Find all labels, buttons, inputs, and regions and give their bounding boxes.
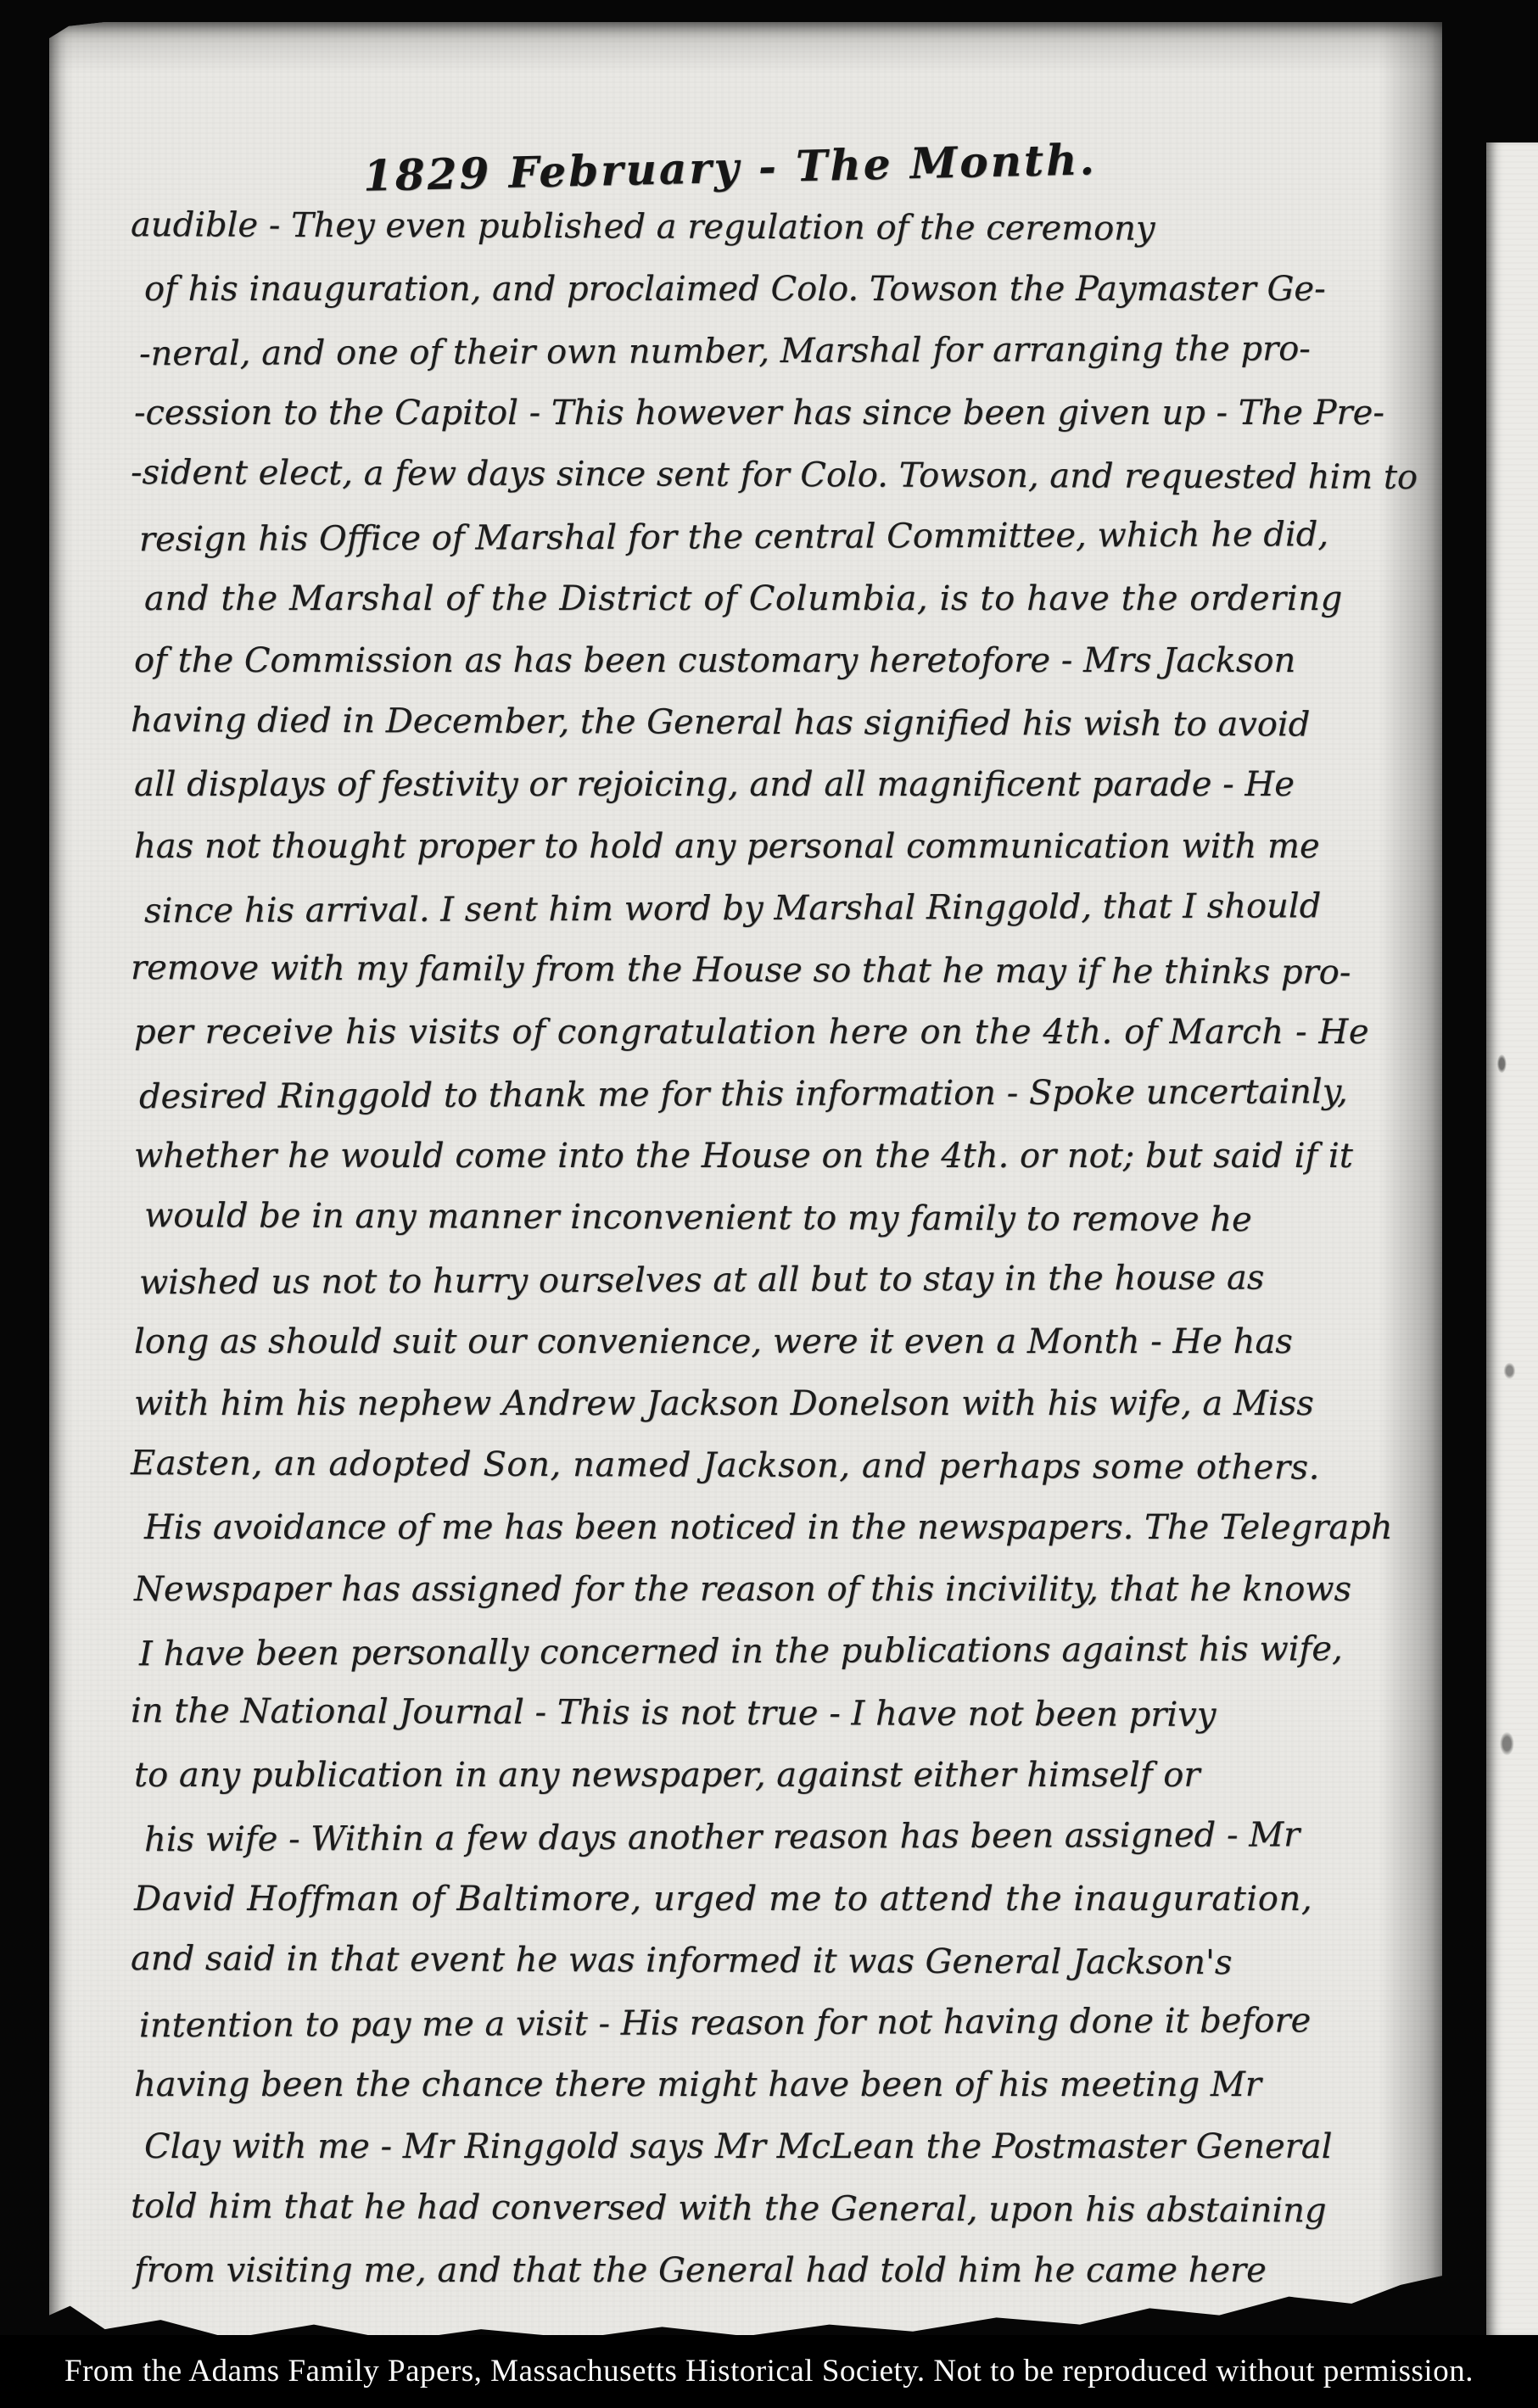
credit-text: From the Adams Family Papers, Massachuse… — [64, 2335, 1474, 2408]
manuscript-line: and said in that event he was informed i… — [131, 1928, 1415, 1995]
manuscript-line: would be in any manner inconvenient to m… — [144, 1185, 1415, 1252]
manuscript-line: of his inauguration, and proclaimed Colo… — [144, 259, 1415, 321]
manuscript-line: long as should suit our convenience, wer… — [134, 1311, 1415, 1373]
page-title: 1829 February - The Month. — [362, 134, 1097, 201]
manuscript-line: audible - They even published a regulati… — [131, 194, 1415, 261]
manuscript-line: -sident elect, a few days since sent for… — [131, 442, 1415, 509]
manuscript-line: resign his Office of Marshal for the cen… — [139, 504, 1415, 572]
manuscript-line: -cession to the Capitol - This however h… — [134, 383, 1415, 444]
manuscript-page: 1829 February - The Month. audible - The… — [49, 22, 1442, 2348]
credit-bar: From the Adams Family Papers, Massachuse… — [0, 2335, 1538, 2408]
manuscript-line: since his arrival. I sent him word by Ma… — [144, 875, 1415, 943]
scanned-page: 1829 February - The Month. audible - The… — [0, 0, 1538, 2408]
manuscript-line: His avoidance of me has been noticed in … — [144, 1497, 1415, 1559]
manuscript-lines: audible - They even published a regulati… — [134, 197, 1415, 2302]
manuscript-line: wished us not to hurry ourselves at all … — [139, 1247, 1415, 1315]
manuscript-line: whether he would come into the House on … — [134, 1126, 1415, 1187]
manuscript-line: having been the chance there might have … — [134, 2054, 1415, 2116]
manuscript-line: of the Commission as has been customary … — [134, 630, 1415, 692]
manuscript-line: Easten, an adopted Son, named Jackson, a… — [131, 1433, 1415, 1500]
manuscript-line: intention to pay me a visit - His reason… — [139, 1990, 1415, 2058]
manuscript-line: to any publication in any newspaper, aga… — [134, 1745, 1415, 1807]
manuscript-line: David Hoffman of Baltimore, urged me to … — [134, 1869, 1415, 1930]
manuscript-line: Clay with me - Mr Ringgold says Mr McLea… — [144, 2116, 1415, 2178]
manuscript-line: with him his nephew Andrew Jackson Donel… — [134, 1373, 1415, 1435]
manuscript-line: remove with my family from the House so … — [131, 937, 1415, 1004]
manuscript-line: desired Ringgold to thank me for this in… — [139, 1061, 1415, 1129]
manuscript-line: in the National Journal - This is not tr… — [131, 1680, 1415, 1747]
manuscript-line: Newspaper has assigned for the reason of… — [134, 1559, 1415, 1621]
manuscript-line: from visiting me, and that the General h… — [134, 2240, 1415, 2302]
manuscript-line: his wife - Within a few days another rea… — [144, 1804, 1415, 1872]
manuscript-line: all displays of festivity or rejoicing, … — [134, 754, 1415, 816]
manuscript-line: told him that he had conversed with the … — [131, 2176, 1415, 2243]
manuscript-line: has not thought proper to hold any perso… — [134, 816, 1415, 878]
adjacent-page-edge — [1486, 142, 1538, 2336]
manuscript-line: and the Marshal of the District of Colum… — [144, 568, 1415, 630]
manuscript-line: having died in December, the General has… — [131, 690, 1415, 757]
manuscript-line: per receive his visits of congratulation… — [134, 1002, 1415, 1064]
manuscript-line: I have been personally concerned in the … — [139, 1618, 1415, 1686]
manuscript-line: -neral, and one of their own number, Mar… — [139, 318, 1415, 386]
